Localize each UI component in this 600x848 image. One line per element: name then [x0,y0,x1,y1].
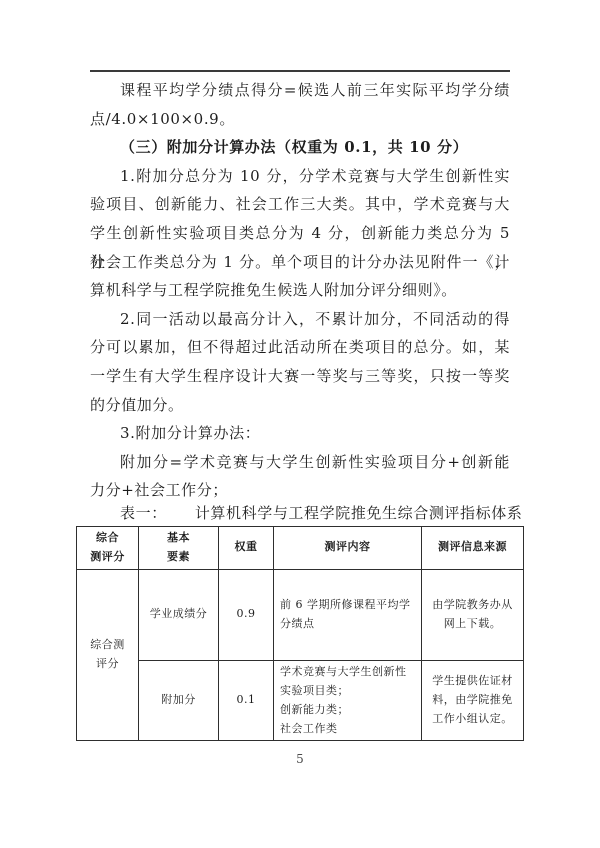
body-text: 课程平均学分绩点得分=候选人前三年实际平均学分绩 点/4.0×100×0.9。 … [90,76,510,505]
table-caption: 表一：计算机科学与工程学院推免生综合测评指标体系 [90,501,520,525]
header-cell-basic-element: 基本 要素 [139,527,219,570]
content-cell: 学术竞赛与大学生创新性实验项目类； 创新能力类； 社会工作类 [274,660,422,741]
header-cell-composite-score: 综合 测评分 [77,527,139,570]
text-line: 验项目、创新能力、社会工作三大类。其中，学术竞赛与大 [90,190,510,219]
page-number: 5 [0,752,600,766]
text-line: 3.附加分计算办法： [90,419,510,448]
text-line: 课程平均学分绩点得分=候选人前三年实际平均学分绩 [90,76,510,105]
text-line: 算机科学与工程学院推免生候选人附加分评分细则》。 [90,276,510,305]
text-line: 2.同一活动以最高分计入，不累计加分，不同活动的得 [90,305,510,334]
table-caption-label: 表一： [120,504,167,522]
text-line: 的分值加分。 [90,391,510,420]
document-page: 课程平均学分绩点得分=候选人前三年实际平均学分绩 点/4.0×100×0.9。 … [0,0,600,848]
header-cell-weight: 权重 [219,527,274,570]
weight-cell: 0.1 [219,660,274,741]
header-rule [90,70,510,72]
text-line: 分可以累加，但不得超过此活动所在类项目的总分。如，某 [90,333,510,362]
text-line: 社会工作类总分为 1 分。单个项目的计分办法见附件一《计 [90,248,510,277]
table-header-row: 综合 测评分 基本 要素 权重 测评内容 测评信息来源 [77,527,524,570]
factor-cell: 附加分 [139,660,219,741]
factor-cell: 学业成绩分 [139,569,219,660]
text-line: 一学生有大学生程序设计大赛一等奖与三等奖，只按一等奖 [90,362,510,391]
table-row: 附加分 0.1 学术竞赛与大学生创新性实验项目类； 创新能力类； 社会工作类 学… [77,660,524,741]
text-line: 学生创新性实验项目类总分为 4 分，创新能力类总分为 5 分， [90,219,510,248]
source-cell: 学生提供佐证材料，由学院推免工作小组认定。 [422,660,524,741]
text-line: 点/4.0×100×0.9。 [90,105,510,134]
header-cell-source: 测评信息来源 [422,527,524,570]
content-cell: 前 6 学期所修课程平均学分绩点 [274,569,422,660]
text-line: 附加分=学术竞赛与大学生创新性实验项目分+创新能 [90,448,510,477]
table-row: 综合测 评分 学业成绩分 0.9 前 6 学期所修课程平均学分绩点 由学院教务办… [77,569,524,660]
section-heading: （三）附加分计算办法（权重为 0.1，共 10 分） [90,133,510,162]
evaluation-table: 综合 测评分 基本 要素 权重 测评内容 测评信息来源 综合测 评分 学业成绩分… [76,526,524,741]
header-cell-content: 测评内容 [274,527,422,570]
weight-cell: 0.9 [219,569,274,660]
table-caption-title: 计算机科学与工程学院推免生综合测评指标体系 [195,504,523,522]
text-line: 1.附加分总分为 10 分，分学术竞赛与大学生创新性实 [90,162,510,191]
source-cell: 由学院教务办从网上下载。 [422,569,524,660]
merged-rowhead-cell: 综合测 评分 [77,569,139,741]
